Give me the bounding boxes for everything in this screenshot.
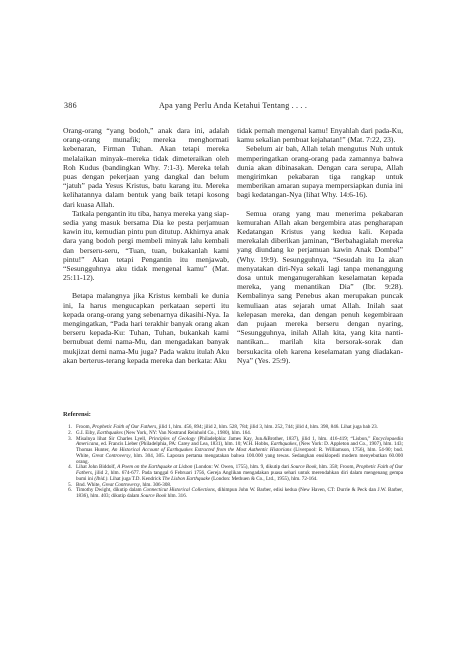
- two-column-body: Orang-orang “yang bodoh,” anak dara ini,…: [63, 126, 403, 405]
- body-paragraph: Betapa malangnya jika Kristus kembali ke…: [63, 291, 229, 365]
- reference-item: 3. Misalnya lihat Sir Charles Lyell, Pri…: [63, 437, 403, 466]
- reference-number: 6.: [63, 488, 76, 500]
- left-column: Orang-orang “yang bodoh,” anak dara ini,…: [63, 126, 229, 405]
- references-heading: Referensi:: [63, 411, 403, 419]
- running-title: Apa yang Perlu Anda Ketahui Tentang . . …: [63, 101, 403, 111]
- document-page: 386 Apa yang Perlu Anda Ketahui Tentang …: [0, 0, 460, 650]
- reference-number: 4.: [63, 465, 76, 482]
- reference-item: 6. Timothy Dwight, dikutip dalam Connect…: [63, 488, 403, 500]
- body-paragraph: Orang-orang “yang bodoh,” anak dara ini,…: [63, 126, 229, 209]
- page-header: 386 Apa yang Perlu Anda Ketahui Tentang …: [63, 101, 403, 111]
- references-section: Referensi: 1. Froom, Prophetic Faith of …: [63, 411, 403, 500]
- body-paragraph: Sebelum air bah, Allah telah mengutus Nu…: [237, 144, 403, 199]
- body-paragraph: Semua orang yang mau menerima pekabaran …: [237, 209, 403, 365]
- reference-list: 1. Froom, Prophetic Faith of Our Fathers…: [63, 425, 403, 500]
- body-paragraph: tidak pernah mengenal kamu! Enyahlah dar…: [237, 126, 403, 144]
- body-paragraph: Tatkala pengantin itu tiba, hanya mereka…: [63, 209, 229, 283]
- page-number: 386: [64, 101, 77, 111]
- reference-item: 4. Lihat John Biddolf, A Poem on the Ear…: [63, 465, 403, 482]
- reference-number: 3.: [63, 437, 76, 466]
- page-content: 386 Apa yang Perlu Anda Ketahui Tentang …: [63, 101, 403, 500]
- reference-text: Misalnya lihat Sir Charles Lyell, Princi…: [76, 437, 403, 466]
- reference-text: Timothy Dwight, dikutip dalam Connecticu…: [76, 488, 403, 500]
- right-column: tidak pernah mengenal kamu! Enyahlah dar…: [237, 126, 403, 405]
- reference-text: Lihat John Biddolf, A Poem on the Earthq…: [76, 465, 403, 482]
